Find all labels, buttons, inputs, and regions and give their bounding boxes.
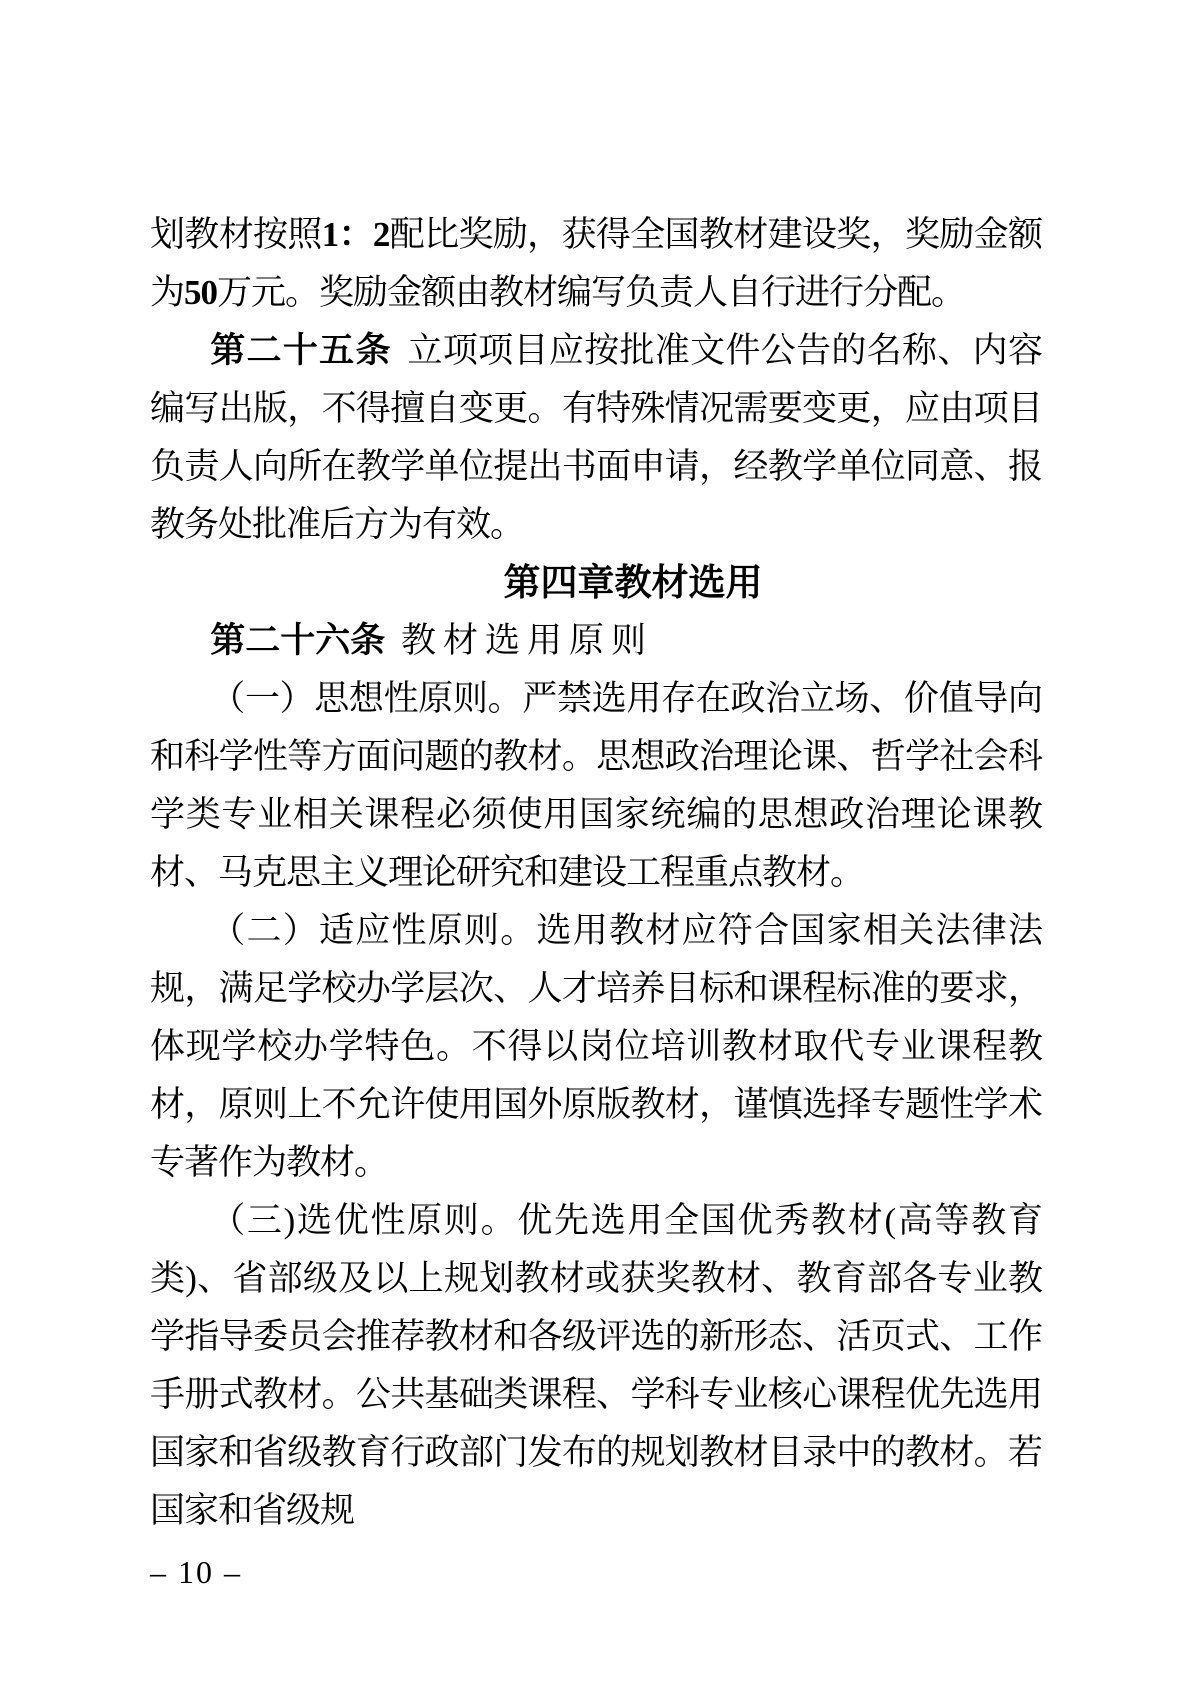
- paragraph-intro: 划教材按照1：2配比奖励，获得全国教材建设奖，奖励金额为50万元。奖励金额由教材…: [150, 206, 1042, 322]
- page-number: – 10 –: [150, 1552, 242, 1592]
- paragraph-article-26: 第二十六条教材选用原则: [150, 612, 1042, 670]
- amount-value: 50: [184, 273, 217, 312]
- document-body: 划教材按照1：2配比奖励，获得全国教材建设奖，奖励金额为50万元。奖励金额由教材…: [150, 206, 1042, 1540]
- article-26-number: 第二十六条: [210, 621, 385, 660]
- article-26-title: 教材选用原则: [401, 621, 653, 660]
- intro-text-run: 万元。奖励金额由教材编写负责人自行进行分配。: [217, 273, 965, 312]
- document-page: 划教材按照1：2配比奖励，获得全国教材建设奖，奖励金额为50万元。奖励金额由教材…: [0, 0, 1191, 1684]
- article-25-number: 第二十五条: [210, 331, 392, 370]
- paragraph-article-25: 第二十五条立项项目应按批准文件公告的名称、内容编写出版，不得擅自变更。有特殊情况…: [150, 322, 1042, 554]
- paragraph-principle-2: （二）适应性原则。选用教材应符合国家相关法律法规，满足学校办学层次、人才培养目标…: [150, 902, 1042, 1192]
- intro-text-run: 划教材按照: [150, 215, 322, 254]
- paragraph-principle-3: （三)选优性原则。优先选用全国优秀教材(高等教育类)、省部级及以上规划教材或获奖…: [150, 1192, 1042, 1540]
- paragraph-principle-1: （一）思想性原则。严禁选用存在政治立场、价值导向和科学性等方面问题的教材。思想政…: [150, 670, 1042, 902]
- chapter-heading: 第四章教材选用: [150, 554, 1042, 612]
- ratio-value: 1：2: [322, 215, 390, 254]
